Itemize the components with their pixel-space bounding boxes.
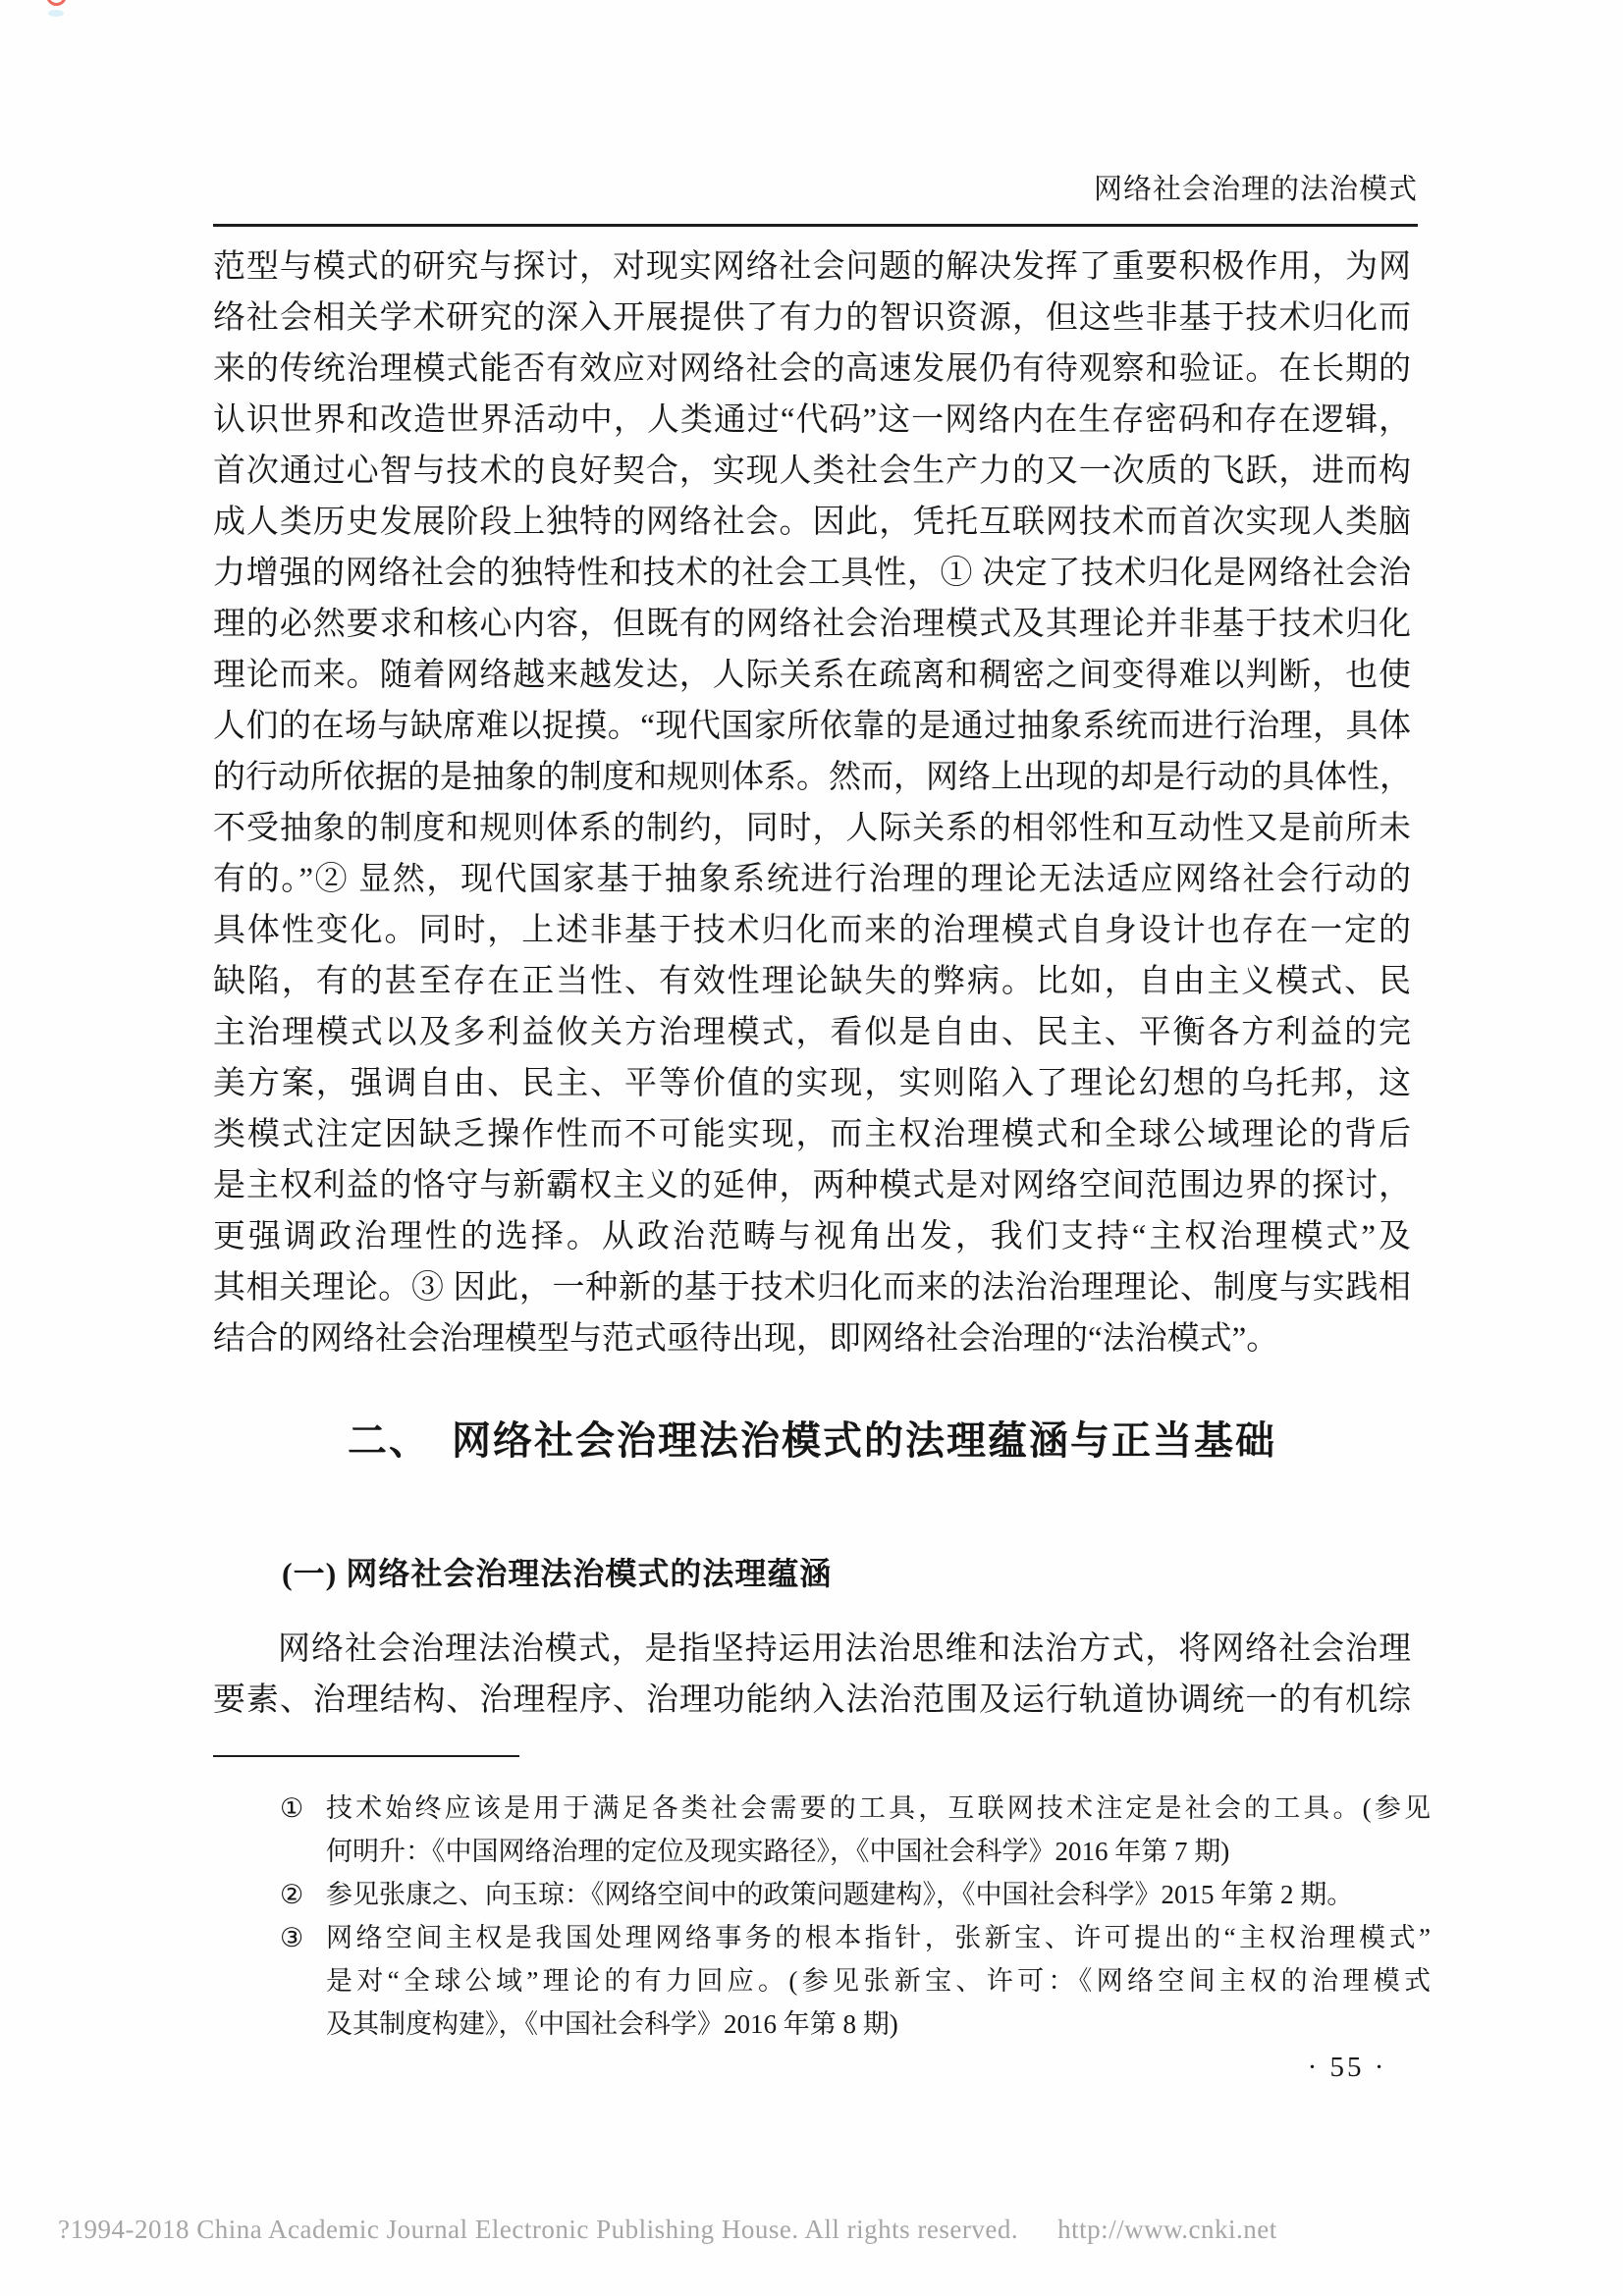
text-line: 主治理模式以及多利益攸关方治理模式，看似是自由、民主、平衡各方利益的完 bbox=[213, 1007, 1411, 1058]
footnote-separator-rule bbox=[213, 1755, 519, 1757]
text-line: 是主权利益的恪守与新霸权主义的延伸，两种模式是对网络空间范围边界的探讨， bbox=[213, 1160, 1411, 1211]
text-line: 其相关理论。③ 因此，一种新的基于技术归化而来的法治治理理论、制度与实践相 bbox=[213, 1262, 1411, 1313]
text-line: 不受抽象的制度和规则体系的制约，同时，人际关系的相邻性和互动性又是前所未 bbox=[213, 803, 1411, 854]
footnote-row: 及其制度构建》，《中国社会科学》2016 年第 8 期) bbox=[213, 2002, 1431, 2046]
page-number: · 55 · bbox=[1249, 2052, 1445, 2084]
scan-artifact-red-mark bbox=[46, 0, 67, 6]
footnote-marker: ② bbox=[280, 1873, 326, 1916]
footnote-row: 何明升：《中国网络治理的定位及现实路径》，《中国社会科学》2016 年第 7 期… bbox=[213, 1830, 1431, 1873]
footnote-row: 是对“全球公域”理论的有力回应。(参见张新宝、许可：《网络空间主权的治理模式 bbox=[213, 1959, 1431, 2002]
text-line: 类模式注定因缺乏操作性而不可能实现，而主权治理模式和全球公域理论的背后 bbox=[213, 1109, 1411, 1160]
text-line: 络社会相关学术研究的深入开展提供了有力的智识资源，但这些非基于技术归化而 bbox=[213, 293, 1411, 344]
body-paragraph-continued: 范型与模式的研究与探讨，对现实网络社会问题的解决发挥了重要积极作用，为网络社会相… bbox=[213, 241, 1411, 1364]
text-line: 力增强的网络社会的独特性和技术的社会工具性，① 决定了技术归化是网络社会治 bbox=[213, 548, 1411, 599]
section-heading: 二、 网络社会治理法治模式的法理蕴涵与正当基础 bbox=[213, 1410, 1411, 1466]
text-line: 成人类历史发展阶段上独特的网络社会。因此，凭托互联网技术而首次实现人类脑 bbox=[213, 497, 1411, 548]
footnote-line: 网络空间主权是我国处理网络事务的根本指针，张新宝、许可提出的“主权治理模式” bbox=[326, 1916, 1431, 1959]
footnote-row: ① 技术始终应该是用于满足各类社会需要的工具，互联网技术注定是社会的工具。(参见 bbox=[213, 1787, 1431, 1830]
text-line: 具体性变化。同时，上述非基于技术归化而来的治理模式自身设计也存在一定的 bbox=[213, 905, 1411, 956]
text-line: 网络社会治理法治模式，是指坚持运用法治思维和法治方式，将网络社会治理 bbox=[213, 1624, 1411, 1675]
footnote-line: 何明升：《中国网络治理的定位及现实路径》，《中国社会科学》2016 年第 7 期… bbox=[326, 1830, 1431, 1873]
text-line: 人们的在场与缺席难以捉摸。“现代国家所依靠的是通过抽象系统而进行治理，具体 bbox=[213, 701, 1411, 752]
running-header: 网络社会治理的法治模式 bbox=[213, 167, 1418, 207]
footnote-line: 技术始终应该是用于满足各类社会需要的工具，互联网技术注定是社会的工具。(参见 bbox=[326, 1787, 1431, 1830]
footnote-marker bbox=[280, 1959, 326, 2002]
text-line: 来的传统治理模式能否有效应对网络社会的高速发展仍有待观察和验证。在长期的 bbox=[213, 344, 1411, 395]
text-line: 范型与模式的研究与探讨，对现实网络社会问题的解决发挥了重要积极作用，为网 bbox=[213, 241, 1411, 293]
text-line: 要素、治理结构、治理程序、治理功能纳入法治范围及运行轨道协调统一的有机综 bbox=[213, 1675, 1411, 1726]
text-line: 有的。”② 显然，现代国家基于抽象系统进行治理的理论无法适应网络社会行动的 bbox=[213, 854, 1411, 905]
text-line: 美方案，强调自由、民主、平等价值的实现，实则陷入了理论幻想的乌托邦，这 bbox=[213, 1058, 1411, 1109]
scan-artifact-blue-smudge bbox=[48, 10, 64, 17]
subsection-heading: (一) 网络社会治理法治模式的法理蕴涵 bbox=[282, 1549, 832, 1594]
footnote-marker bbox=[280, 2002, 326, 2046]
footnote-row: ③ 网络空间主权是我国处理网络事务的根本指针，张新宝、许可提出的“主权治理模式” bbox=[213, 1916, 1431, 1959]
footnotes-block: ① 技术始终应该是用于满足各类社会需要的工具，互联网技术注定是社会的工具。(参见… bbox=[213, 1787, 1431, 2046]
text-line: 的行动所依据的是抽象的制度和规则体系。然而，网络上出现的却是行动的具体性， bbox=[213, 752, 1411, 803]
body-paragraph-2: 网络社会治理法治模式，是指坚持运用法治思维和法治方式，将网络社会治理要素、治理结… bbox=[213, 1624, 1411, 1726]
text-line: 理的必然要求和核心内容，但既有的网络社会治理模式及其理论并非基于技术归化 bbox=[213, 599, 1411, 650]
footnote-row: ② 参见张康之、向玉琼：《网络空间中的政策问题建构》，《中国社会科学》2015 … bbox=[213, 1873, 1431, 1916]
text-line: 结合的网络社会治理模型与范式亟待出现，即网络社会治理的“法治模式”。 bbox=[213, 1313, 1411, 1364]
scanner-footer: ?1994-2018 China Academic Journal Electr… bbox=[58, 2215, 1590, 2245]
footnote-marker bbox=[280, 1830, 326, 1873]
copyright-text: ?1994-2018 China Academic Journal Electr… bbox=[58, 2215, 1018, 2244]
scanned-paper-page: 网络社会治理的法治模式 范型与模式的研究与探讨，对现实网络社会问题的解决发挥了重… bbox=[0, 0, 1623, 2296]
footnote-line: 是对“全球公域”理论的有力回应。(参见张新宝、许可：《网络空间主权的治理模式 bbox=[326, 1959, 1431, 2002]
text-line: 认识世界和改造世界活动中，人类通过“代码”这一网络内在生存密码和存在逻辑， bbox=[213, 395, 1411, 446]
text-line: 缺陷，有的甚至存在正当性、有效性理论缺失的弊病。比如，自由主义模式、民 bbox=[213, 956, 1411, 1007]
footnote-line: 及其制度构建》，《中国社会科学》2016 年第 8 期) bbox=[326, 2002, 1431, 2046]
header-rule bbox=[213, 224, 1418, 227]
footnote-line: 参见张康之、向玉琼：《网络空间中的政策问题建构》，《中国社会科学》2015 年第… bbox=[326, 1873, 1431, 1916]
text-line: 更强调政治理性的选择。从政治范畴与视角出发，我们支持“主权治理模式”及 bbox=[213, 1211, 1411, 1262]
footnote-marker: ③ bbox=[280, 1916, 326, 1959]
footnote-marker: ① bbox=[280, 1787, 326, 1830]
footer-url: http://www.cnki.net bbox=[1057, 2215, 1277, 2244]
text-line: 首次通过心智与技术的良好契合，实现人类社会生产力的又一次质的飞跃，进而构 bbox=[213, 446, 1411, 497]
text-line: 理论而来。随着网络越来越发达，人际关系在疏离和稠密之间变得难以判断，也使 bbox=[213, 650, 1411, 701]
